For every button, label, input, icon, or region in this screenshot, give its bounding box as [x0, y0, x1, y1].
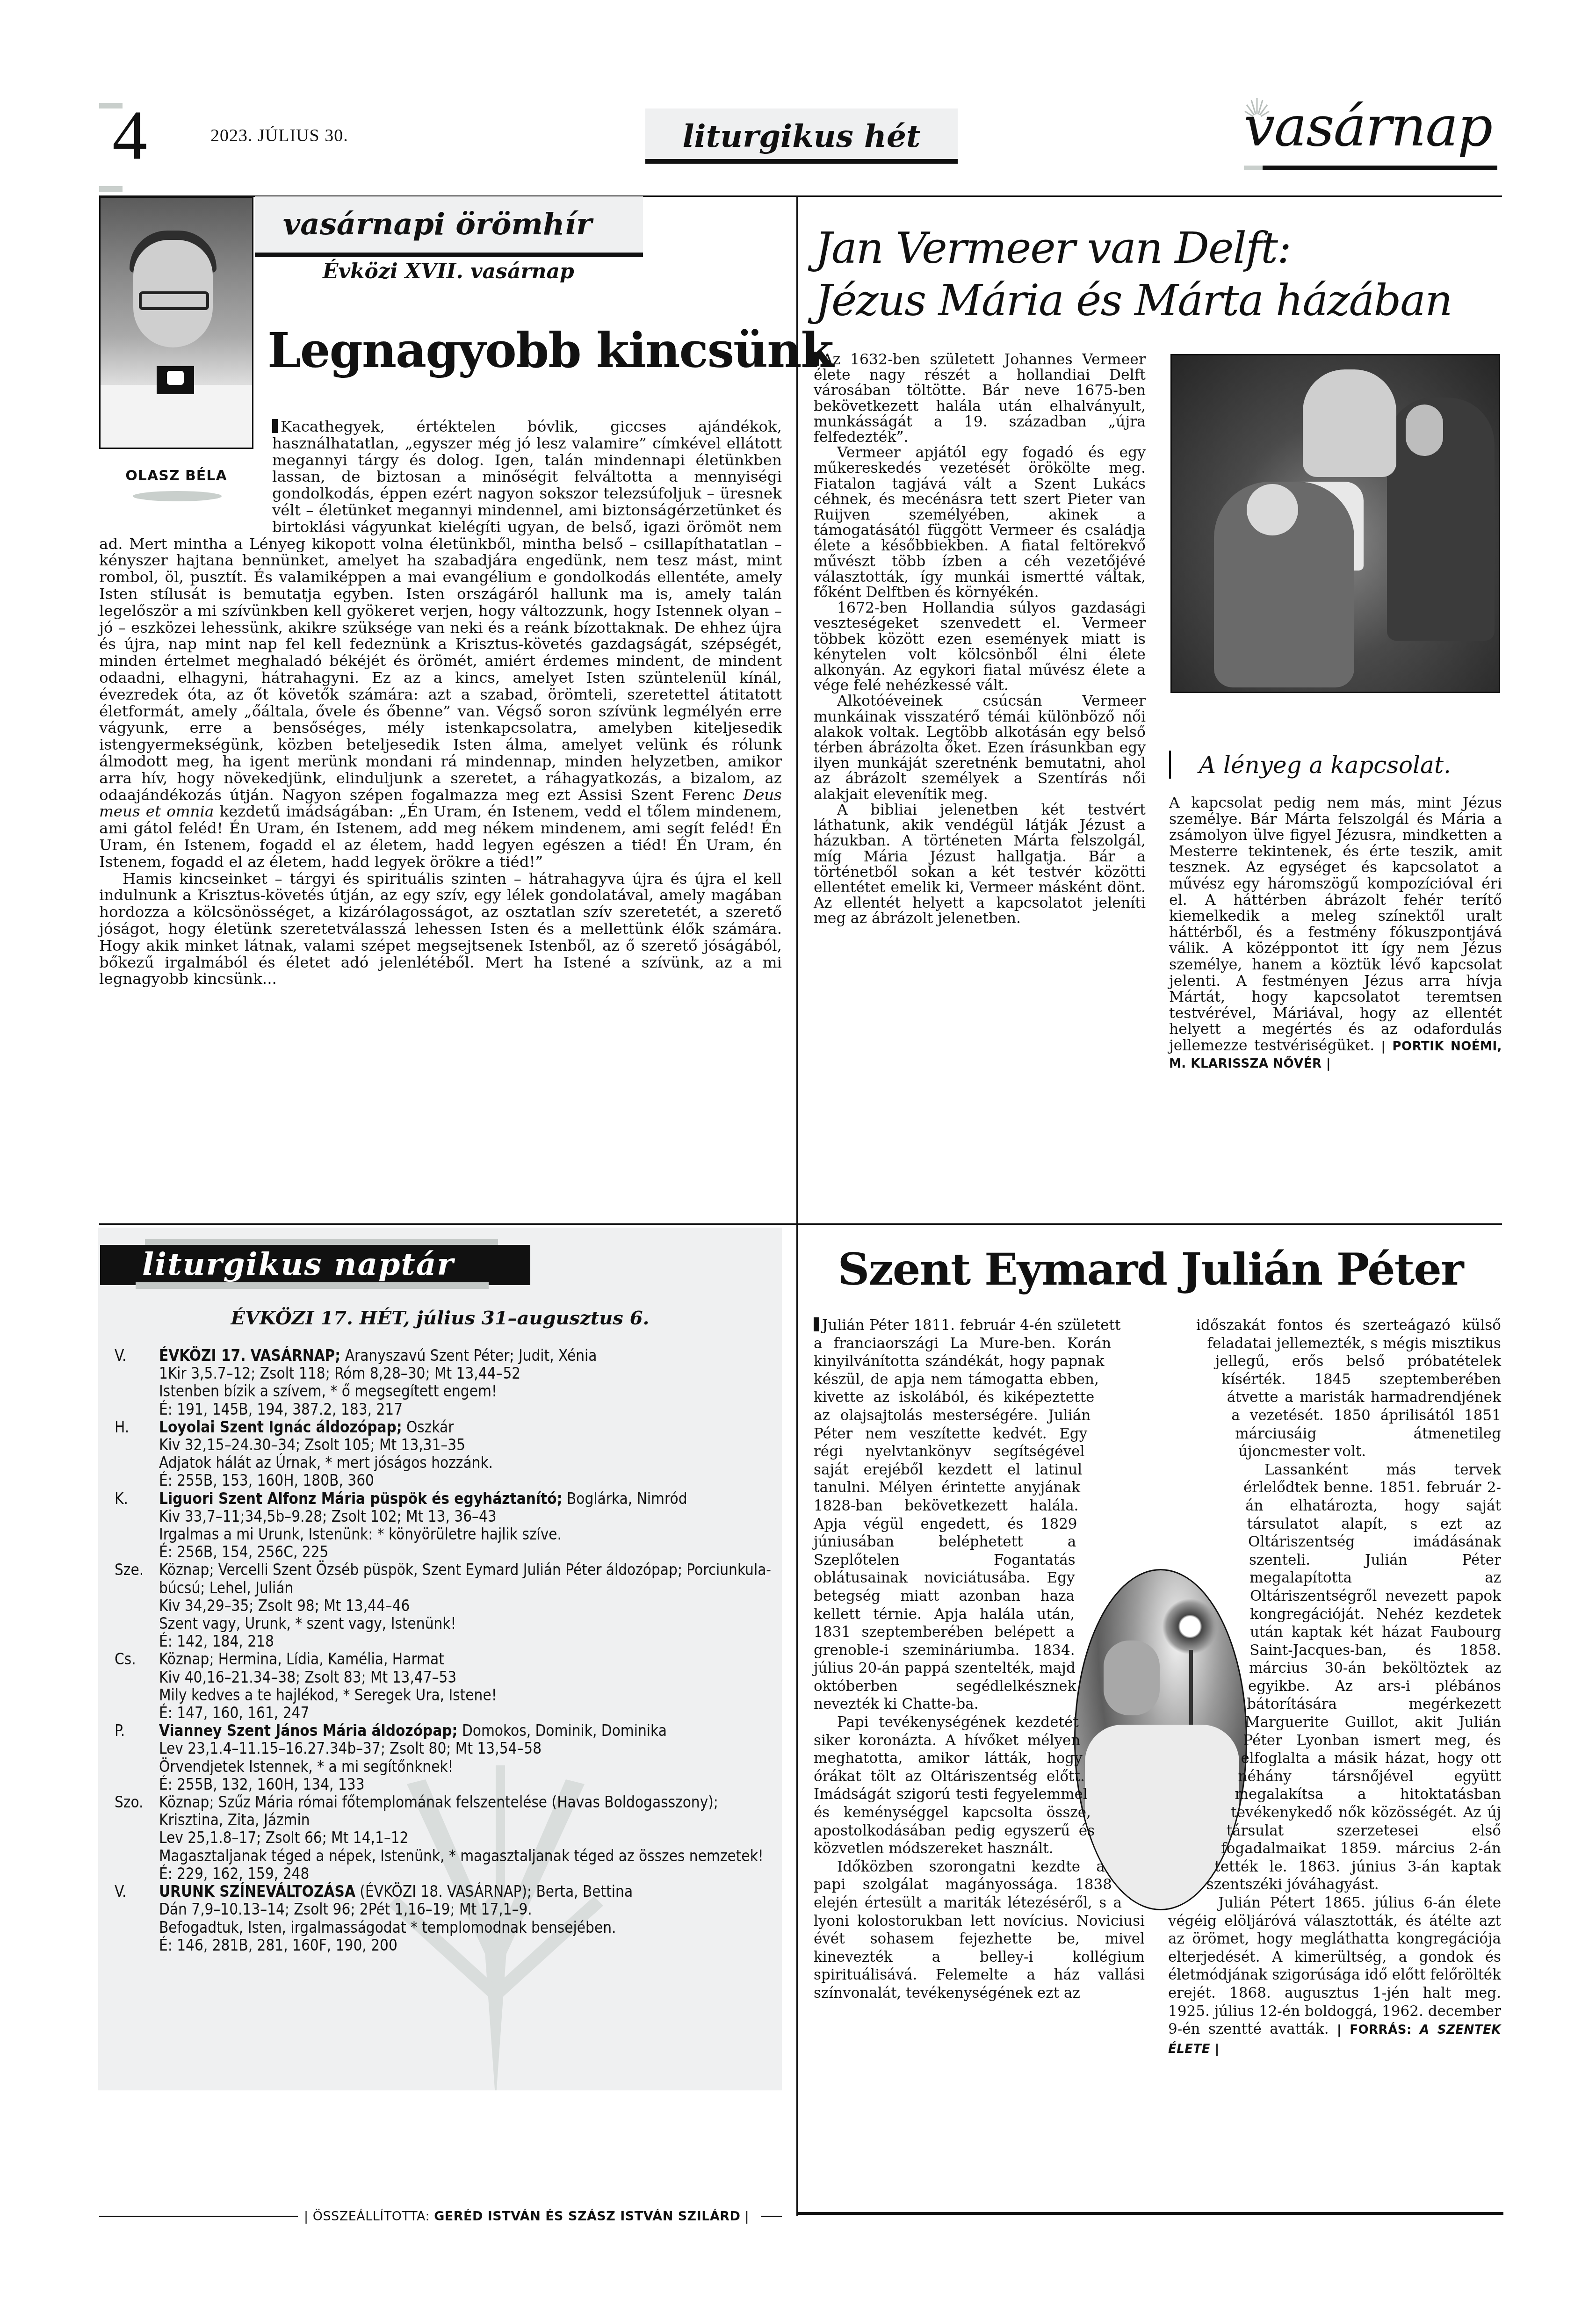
weekday: V.	[115, 1883, 159, 1954]
name-days: Köznap; Szűz Mária római főtemplomának f…	[159, 1793, 718, 1829]
psalm-response: Szent vagy, Urunk, * szent vagy, Istenün…	[159, 1615, 774, 1633]
hymn-numbers: É: 229, 162, 159, 248	[159, 1865, 774, 1883]
article-body-column: A kapcsolat pedig nem más, mint Jézus sz…	[1169, 795, 1502, 1072]
feast-name: Liguori Szent Alfonz Mária püspök és egy…	[159, 1489, 563, 1508]
logo-underline	[1244, 166, 1497, 170]
calendar-credits: | ÖSSZEÁLLÍTOTTA: GERÉD ISTVÁN ÉS SZÁSZ …	[99, 2207, 782, 2226]
column-kicker: vasárnapi örömhír	[255, 196, 643, 257]
source-label: | FORRÁS:	[1337, 2023, 1412, 2037]
name-days: Oszkár	[402, 1418, 454, 1436]
calendar-entry: K. Liguori Szent Alfonz Mária püspök és …	[115, 1490, 774, 1561]
calendar-subtitle: ÉVKÖZI 17. HÉT, július 31–augusztus 6.	[98, 1307, 782, 1329]
caption-text: A lényeg a kapcsolat.	[1199, 752, 1451, 779]
article-paragraph: Az 1632-ben született Johannes Vermeer é…	[814, 351, 1146, 446]
weekday: Cs.	[115, 1650, 159, 1722]
name-days: (ÉVKÖZI 18. VASÁRNAP); Berta, Bettina	[355, 1882, 633, 1901]
article-paragraph: 1672-ben Hollandia súlyos gazdasági vesz…	[814, 600, 1146, 694]
readings: Lev 23,1.4–11.15–16.27.34b–37; Zsolt 80;…	[159, 1740, 774, 1757]
hymn-numbers: É: 255B, 132, 160H, 134, 133	[159, 1776, 774, 1793]
credits-label: ÖSSZEÁLLÍTOTTA:	[313, 2209, 430, 2224]
hymn-numbers: É: 142, 184, 218	[159, 1633, 774, 1650]
calendar-list: V. ÉVKÖZI 17. VASÁRNAP; Aranyszavú Szent…	[115, 1347, 774, 1954]
readings: Dán 7,9–10.13–14; Zsolt 96; 2Pét 1,16–19…	[159, 1901, 774, 1918]
column-kicker-label: vasárnapi örömhír	[255, 196, 643, 253]
newspaper-logo: vasárnap	[1244, 98, 1492, 154]
section-tag: liturgikus hét	[645, 108, 958, 164]
article-paragraph: Alkotóéveinek csúcsán Vermeer munkáinak …	[814, 694, 1146, 802]
readings: Kiv 40,16–21.34–38; Zsolt 83; Mt 13,47–5…	[159, 1669, 774, 1686]
article-body: Kacathegyek, értéktelen bóvlik, giccses …	[99, 419, 782, 988]
calendar-entry: H. Loyolai Szent Ignác áldozópap; Oszkár…	[115, 1418, 774, 1490]
liturgical-day: Évközi XVII. vasárnap	[323, 260, 574, 283]
logo-underline-accent	[1244, 166, 1263, 170]
article-paragraph: A bibliai jelenetben két testvért láthat…	[814, 802, 1146, 927]
feast-name: Vianney Szent János Mária áldozópap;	[159, 1721, 457, 1740]
calendar-entry: Cs. Köznap; Hermina, Lídia, Kamélia, Har…	[115, 1650, 774, 1722]
name-days: Aranyszavú Szent Péter; Judit, Xénia	[340, 1346, 597, 1365]
column-divider	[796, 195, 798, 2216]
section-tag-label: liturgikus hét	[645, 108, 958, 164]
psalm-response: Örvendjetek Istennek, * a mi segítőnknek…	[159, 1758, 774, 1776]
article-paragraph: Julián Péter 1811. február 4-én születet…	[814, 1317, 1121, 1713]
article-body-column: Az 1632-ben született Johannes Vermeer é…	[814, 352, 1146, 927]
bottom-rule	[797, 2212, 1503, 2215]
page-number-bottom-bar	[99, 186, 123, 192]
article-headline: Legnagyobb kincsünk	[267, 323, 833, 379]
name-days: Domokos, Dominik, Dominika	[457, 1721, 666, 1740]
article-paragraph: időszakát fontos és szerteágazó külső fe…	[1168, 1316, 1501, 1461]
article-paragraph: Hamis kincseinket – tárgyi és spirituáli…	[99, 871, 782, 988]
calendar-title-block: liturgikus naptár	[100, 1239, 530, 1291]
name-days: Boglárka, Nimród	[563, 1489, 687, 1508]
readings: Kiv 33,7–11;34,5b–9.28; Zsolt 102; Mt 13…	[159, 1508, 774, 1525]
article-paragraph: A kapcsolat pedig nem más, mint Jézus sz…	[1169, 795, 1502, 1054]
hymn-numbers: É: 147, 160, 161, 247	[159, 1704, 774, 1722]
psalm-response: Befogadtuk, Isten, irgalmasságodat * tem…	[159, 1919, 774, 1937]
readings: 1Kir 3,5.7–12; Zsolt 118; Róm 8,28–30; M…	[159, 1365, 774, 1382]
article-paragraph: Vermeer apjától egy fogadó és egy műkere…	[814, 445, 1146, 600]
readings: Kiv 34,29–35; Zsolt 98; Mt 13,44–46	[159, 1597, 774, 1615]
feast-name: Loyolai Szent Ignác áldozópap;	[159, 1418, 402, 1436]
article-paragraph: Julián Pétert 1865. július 6-án élete vé…	[1168, 1894, 1501, 2038]
calendar-entry: Szo. Köznap; Szűz Mária római főtemplomá…	[115, 1793, 774, 1883]
article-headline: Szent Eymard Julián Péter	[800, 1244, 1501, 1295]
calendar-entry: Sze. Köznap; Vercelli Szent Özséb püspök…	[115, 1561, 774, 1650]
hymn-numbers: É: 191, 145B, 194, 387.2, 183, 217	[159, 1401, 774, 1418]
article-paragraph: Időközben szorongatni kezdte a papi szol…	[814, 1858, 1145, 2002]
article-body-column: időszakát fontos és szerteágazó külső fe…	[1168, 1316, 1501, 2058]
article-headline: Jan Vermeer van Delft: Jézus Mária és Má…	[815, 222, 1452, 327]
weekday: H.	[115, 1418, 159, 1490]
headline-line: Jan Vermeer van Delft:	[815, 222, 1452, 275]
calendar-entry: V. URUNK SZÍNEVÁLTOZÁSA (ÉVKÖZI 18. VASÁ…	[115, 1883, 774, 1954]
psalm-response: Mily kedves a te hajlékod, * Seregek Ura…	[159, 1686, 774, 1704]
headline-line: Jézus Mária és Márta házában	[815, 275, 1452, 327]
calendar-entry: V. ÉVKÖZI 17. VASÁRNAP; Aranyszavú Szent…	[115, 1347, 774, 1418]
article-body-column: Julián Péter 1811. február 4-én születet…	[814, 1316, 1145, 2002]
feast-name: URUNK SZÍNEVÁLTOZÁSA	[159, 1882, 355, 1901]
name-days: Köznap; Vercelli Szent Özséb püspök, Sze…	[159, 1561, 771, 1597]
lead-marker	[814, 352, 819, 366]
psalm-response: Irgalmas a mi Urunk, Istenünk: * könyörü…	[159, 1525, 774, 1543]
weekday: V.	[115, 1347, 159, 1418]
lead-marker	[272, 419, 278, 433]
issue-date: 2023. JÚLIUS 30.	[210, 125, 348, 146]
psalm-response: Magasztaljanak téged a népek, Istenünk, …	[159, 1847, 774, 1865]
name-days: Köznap; Hermina, Lídia, Kamélia, Harmat	[159, 1650, 444, 1668]
readings: Lev 25,1.8–17; Zsolt 66; Mt 14,1–12	[159, 1829, 774, 1847]
credits-names: GERÉD ISTVÁN ÉS SZÁSZ ISTVÁN SZILÁRD	[434, 2209, 740, 2224]
image-caption: A lényeg a kapcsolat.	[1169, 751, 1506, 779]
hymn-numbers: É: 146, 281B, 281, 160F, 190, 200	[159, 1937, 774, 1954]
feast-name: ÉVKÖZI 17. VASÁRNAP;	[159, 1346, 340, 1365]
lead-marker	[814, 1317, 819, 1331]
mid-page-rule	[99, 1223, 1502, 1225]
hymn-numbers: É: 256B, 154, 256C, 225	[159, 1543, 774, 1561]
hymn-numbers: É: 255B, 153, 160H, 180B, 360	[159, 1472, 774, 1489]
weekday: Szo.	[115, 1793, 159, 1883]
calendar-entry: P. Vianney Szent János Mária áldozópap; …	[115, 1722, 774, 1793]
weekday: P.	[115, 1722, 159, 1793]
painting-image	[1170, 354, 1500, 693]
source-end: |	[1215, 2042, 1220, 2056]
psalm-response: Adjatok hálát az Úrnak, * mert jóságos h…	[159, 1454, 774, 1472]
weekday: K.	[115, 1490, 159, 1561]
page-number: 4	[112, 101, 147, 171]
author-portrait	[99, 196, 253, 449]
calendar-title: liturgikus naptár	[142, 1244, 454, 1284]
readings: Kiv 32,15–24.30–34; Zsolt 105; Mt 13,31–…	[159, 1436, 774, 1454]
weekday: Sze.	[115, 1561, 159, 1650]
psalm-response: Istenben bízik a szívem, * ő megsegített…	[159, 1382, 774, 1400]
